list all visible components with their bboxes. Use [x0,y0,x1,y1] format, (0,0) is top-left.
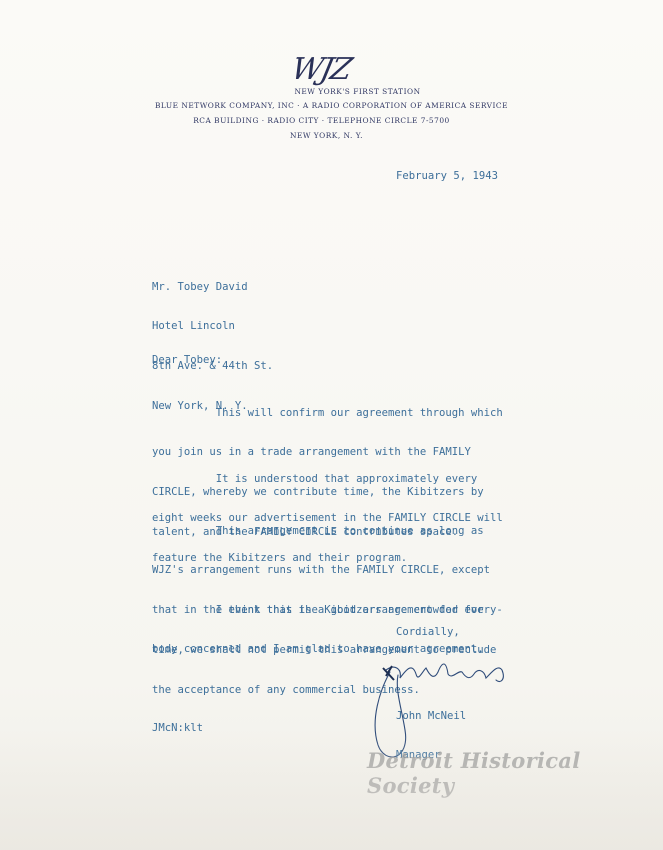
letterhead-company: BLUE NETWORK COMPANY, INC · A RADIO CORP… [0,101,663,110]
paragraph-line: It is understood that approximately ever… [152,473,503,486]
closing: Cordially, [396,626,460,639]
recipient-line: Hotel Lincoln [152,320,273,333]
letter-page: WJZ NEW YORK'S FIRST STATION BLUE NETWOR… [0,0,663,850]
salutation: Dear Tobey: [152,354,222,367]
reference-initials: JMcN:klt [152,722,203,735]
wjz-logo: WJZ [288,52,353,87]
watermark: Detroit Historical Society [367,748,663,798]
recipient-line: Mr. Tobey David [152,281,273,294]
letterhead-city: NEW YORK, N. Y. [0,131,658,140]
letterhead-tagline: NEW YORK'S FIRST STATION [26,87,663,96]
paragraph-line: This arrangement is to continue as long … [152,525,496,538]
letterhead-address: RCA BUILDING · RADIO CITY · TELEPHONE CI… [0,116,653,125]
signer-name: John McNeil [396,710,466,723]
paragraph-line: This will confirm our agreement through … [152,407,503,420]
paragraph-line: I think this is a good arrangement for e… [152,604,503,617]
paragraph-line: WJZ's arrangement runs with the FAMILY C… [152,564,496,577]
letter-date: February 5, 1943 [396,170,498,183]
